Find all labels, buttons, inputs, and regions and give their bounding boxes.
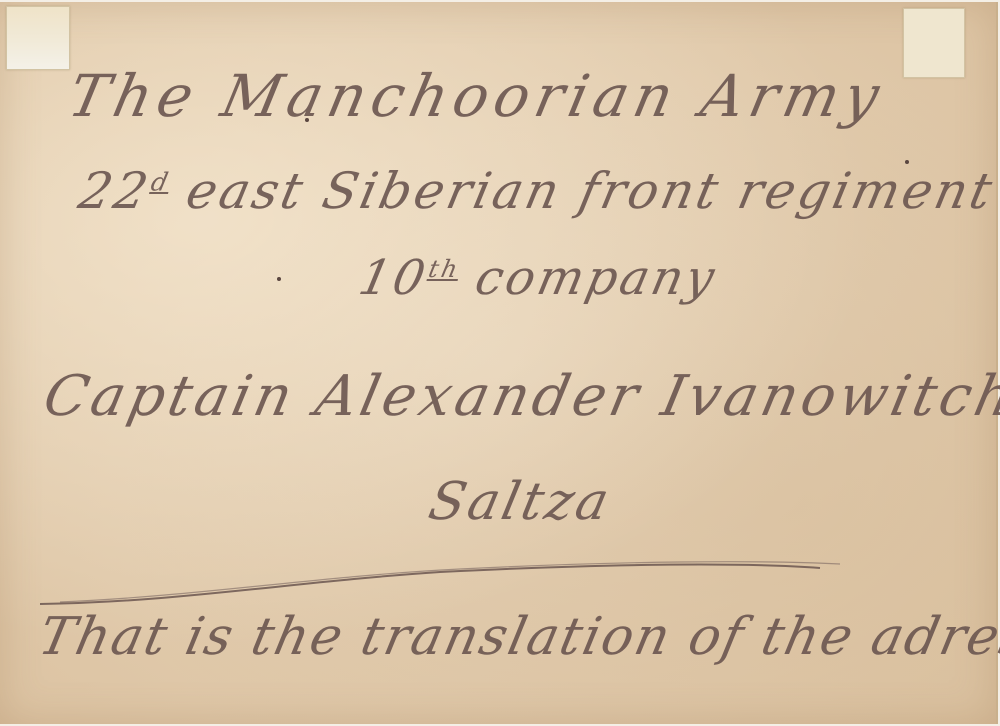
tape-top-right [903, 8, 965, 78]
line-translation-note: That is the translation of the adress [34, 607, 1000, 667]
regiment-name: east Siberian front regiment [181, 162, 1000, 220]
regiment-number: 22 [74, 162, 156, 220]
ink-dot [305, 118, 309, 122]
line-company: 10th company [354, 250, 722, 306]
postcard-back: The Manchoorian Army 22d east Siberian f… [0, 2, 998, 724]
ink-dot [905, 160, 909, 164]
line-army: The Manchoorian Army [63, 62, 891, 130]
tape-top-left [6, 6, 70, 70]
company-number: 10 [354, 250, 433, 306]
line-surname: Saltza [424, 472, 617, 532]
line-regiment: 22d east Siberian front regiment [74, 162, 1000, 220]
company-label: company [471, 250, 723, 306]
line-captain: Captain Alexander Ivanowitch [38, 364, 1000, 429]
company-ordinal: th [426, 255, 463, 283]
ink-dot [277, 277, 281, 281]
